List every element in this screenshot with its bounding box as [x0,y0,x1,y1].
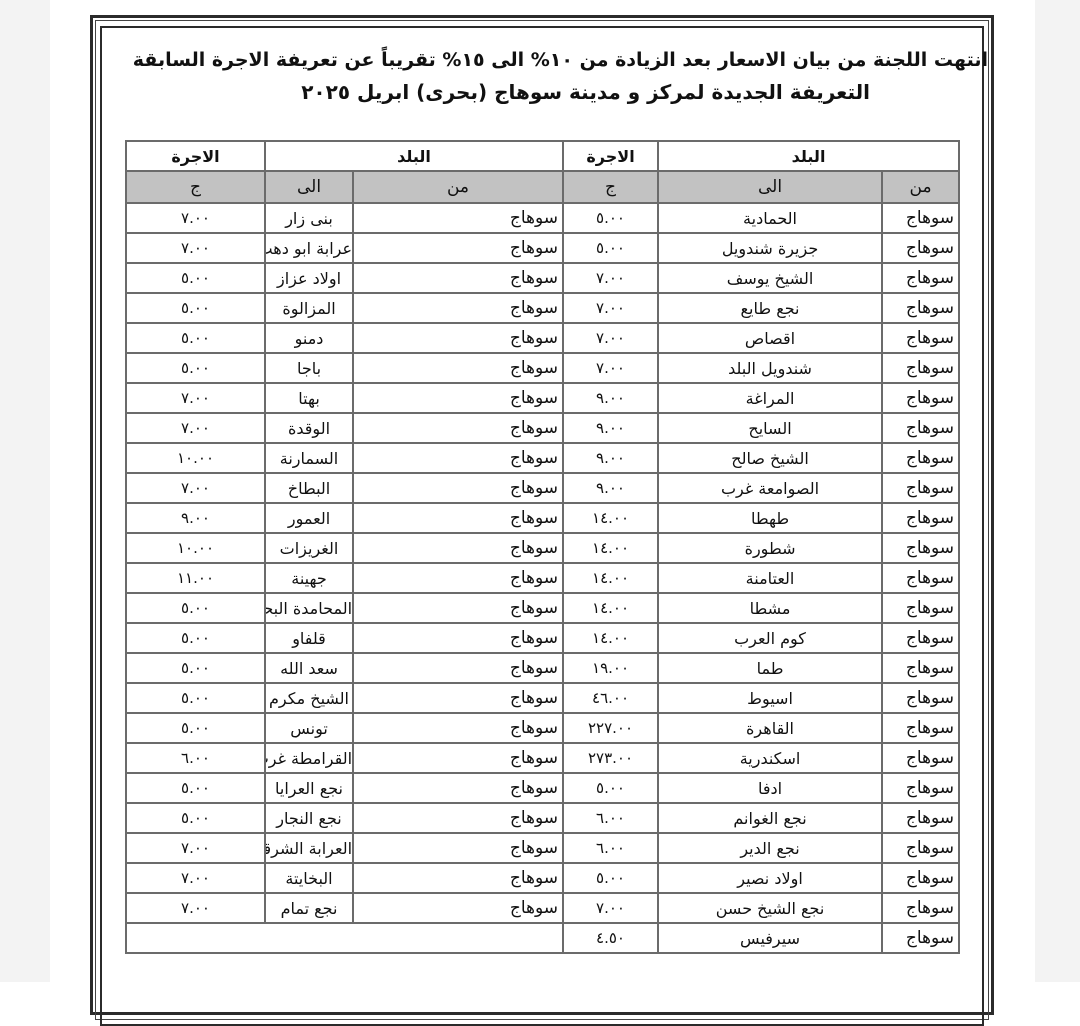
right-from-cell: سوهاج [882,503,959,533]
left-from-cell: سوهاج [353,503,563,533]
left-destination-cell: المحامدة البحرية [265,593,353,623]
right-from-cell: سوهاج [882,293,959,323]
right-destination-cell: نجع الدير [658,833,882,863]
right-from-cell: سوهاج [882,713,959,743]
right-fare-cell: ٩.٠٠ [563,413,658,443]
right-destination-cell: الشيخ يوسف [658,263,882,293]
right-fare-cell: ٤.٥٠ [563,923,658,953]
header-announcement: انتهت اللجنة من بيان الاسعار بعد الزيادة… [133,45,988,75]
right-fare-cell: ٥.٠٠ [563,773,658,803]
right-fare-cell: ٩.٠٠ [563,443,658,473]
left-fare-cell: ٥.٠٠ [126,773,265,803]
left-from-cell: سوهاج [353,353,563,383]
right-destination-cell: نجع طايع [658,293,882,323]
right-from-cell: سوهاج [882,443,959,473]
left-destination-cell: قلفاو [265,623,353,653]
left-fare-cell: ١٠.٠٠ [126,443,265,473]
left-margin [0,0,50,982]
right-fare-cell: ٧.٠٠ [563,293,658,323]
right-from-cell: سوهاج [882,683,959,713]
left-destination-cell: بنى زار [265,203,353,233]
right-from-cell: سوهاج [882,653,959,683]
left-from-cell: سوهاج [353,413,563,443]
right-from-cell: سوهاج [882,353,959,383]
right-fare-cell: ١٤.٠٠ [563,503,658,533]
left-from-cell: سوهاج [353,323,563,353]
table-row: سوهاجالشيخ يوسف٧.٠٠سوهاجاولاد عزاز٥.٠٠ [126,263,959,293]
left-from-cell: سوهاج [353,863,563,893]
left-destination-cell: السمارنة [265,443,353,473]
left-from-cell: سوهاج [353,263,563,293]
table-row: سوهاجنجع الغوانم٦.٠٠سوهاجنجع النجار٥.٠٠ [126,803,959,833]
right-from-cell: سوهاج [882,383,959,413]
table-row: سوهاجالصوامعة غرب٩.٠٠سوهاجالبطاخ٧.٠٠ [126,473,959,503]
right-destination-cell: اسكندرية [658,743,882,773]
left-from-cell: سوهاج [353,593,563,623]
right-from-cell: سوهاج [882,833,959,863]
left-destination-cell: بهتا [265,383,353,413]
right-destination-cell: الصوامعة غرب [658,473,882,503]
right-from-cell: سوهاج [882,263,959,293]
right-from-cell: سوهاج [882,473,959,503]
table-row: سوهاجالقاهرة٢٢٧.٠٠سوهاجتونس٥.٠٠ [126,713,959,743]
table-row: سوهاجالحمادية٥.٠٠سوهاجبنى زار٧.٠٠ [126,203,959,233]
table-row: سوهاجاسيوط٤٦.٠٠سوهاجالشيخ مكرم٥.٠٠ [126,683,959,713]
left-fare-cell: ٧.٠٠ [126,863,265,893]
right-from-cell: سوهاج [882,323,959,353]
left-fare-cell: ٥.٠٠ [126,653,265,683]
right-destination-cell: المراغة [658,383,882,413]
header-right-from: من [882,171,959,203]
left-from-cell: سوهاج [353,743,563,773]
left-fare-cell: ٧.٠٠ [126,383,265,413]
left-from-cell: سوهاج [353,203,563,233]
right-from-cell: سوهاج [882,773,959,803]
right-fare-cell: ٩.٠٠ [563,383,658,413]
left-from-cell: سوهاج [353,623,563,653]
table-row: سوهاجالشيخ صالح٩.٠٠سوهاجالسمارنة١٠.٠٠ [126,443,959,473]
right-from-cell: سوهاج [882,923,959,953]
left-empty-cell [126,923,563,953]
right-from-cell: سوهاج [882,893,959,923]
left-destination-cell: دمنو [265,323,353,353]
table-row: سوهاجالمراغة٩.٠٠سوهاجبهتا٧.٠٠ [126,383,959,413]
left-from-cell: سوهاج [353,293,563,323]
left-from-cell: سوهاج [353,833,563,863]
left-destination-cell: باجا [265,353,353,383]
right-fare-cell: ٩.٠٠ [563,473,658,503]
right-from-cell: سوهاج [882,413,959,443]
left-destination-cell: اولاد عزاز [265,263,353,293]
right-fare-cell: ٦.٠٠ [563,803,658,833]
right-destination-cell: طما [658,653,882,683]
right-fare-cell: ١٩.٠٠ [563,653,658,683]
table-row: سوهاججزيرة شندويل٥.٠٠سوهاجعرابة ابو دهب٧… [126,233,959,263]
right-destination-cell: العتامنة [658,563,882,593]
header-left-place: البلد [265,141,563,171]
right-destination-cell: سيرفيس [658,923,882,953]
table-row: سوهاجكوم العرب١٤.٠٠سوهاجقلفاو٥.٠٠ [126,623,959,653]
right-fare-cell: ١٤.٠٠ [563,593,658,623]
right-destination-cell: الشيخ صالح [658,443,882,473]
right-fare-cell: ٧.٠٠ [563,353,658,383]
left-fare-cell: ٥.٠٠ [126,593,265,623]
table-row: سوهاجشندويل البلد٧.٠٠سوهاجباجا٥.٠٠ [126,353,959,383]
left-destination-cell: العمور [265,503,353,533]
left-from-cell: سوهاج [353,713,563,743]
right-fare-cell: ١٤.٠٠ [563,533,658,563]
right-fare-cell: ٧.٠٠ [563,893,658,923]
right-from-cell: سوهاج [882,743,959,773]
left-destination-cell: نجع النجار [265,803,353,833]
table-row: سوهاجالعتامنة١٤.٠٠سوهاججهينة١١.٠٠ [126,563,959,593]
right-destination-cell: جزيرة شندويل [658,233,882,263]
left-destination-cell: الغريزات [265,533,353,563]
right-margin [1035,0,1080,982]
right-fare-cell: ٧.٠٠ [563,323,658,353]
left-fare-cell: ٥.٠٠ [126,323,265,353]
left-fare-cell: ٥.٠٠ [126,683,265,713]
right-destination-cell: شطورة [658,533,882,563]
table-row: سوهاجنجع طايع٧.٠٠سوهاجالمزالوة٥.٠٠ [126,293,959,323]
table-row: سوهاجاسكندرية٢٧٣.٠٠سوهاجالقرامطة غرب٦.٠٠ [126,743,959,773]
right-destination-cell: القاهرة [658,713,882,743]
right-fare-cell: ٥.٠٠ [563,863,658,893]
left-from-cell: سوهاج [353,773,563,803]
left-destination-cell: العرابة الشرقية [265,833,353,863]
right-destination-cell: مشطا [658,593,882,623]
table-row: سوهاجمشطا١٤.٠٠سوهاجالمحامدة البحرية٥.٠٠ [126,593,959,623]
right-from-cell: سوهاج [882,863,959,893]
right-from-cell: سوهاج [882,203,959,233]
left-from-cell: سوهاج [353,803,563,833]
left-fare-cell: ٧.٠٠ [126,233,265,263]
left-from-cell: سوهاج [353,473,563,503]
right-destination-cell: كوم العرب [658,623,882,653]
header-right-currency: ج [563,171,658,203]
left-fare-cell: ٧.٠٠ [126,893,265,923]
left-fare-cell: ٩.٠٠ [126,503,265,533]
header-left-from: من [353,171,563,203]
right-destination-cell: ادفا [658,773,882,803]
table-row: سوهاجشطورة١٤.٠٠سوهاجالغريزات١٠.٠٠ [126,533,959,563]
right-from-cell: سوهاج [882,803,959,833]
left-from-cell: سوهاج [353,233,563,263]
right-destination-cell: الحمادية [658,203,882,233]
left-fare-cell: ١٠.٠٠ [126,533,265,563]
table-row: سوهاجطما١٩.٠٠سوهاجسعد الله٥.٠٠ [126,653,959,683]
left-destination-cell: المزالوة [265,293,353,323]
table-sub-header-row: من الى ج من الى ج [126,171,959,203]
header-left-to: الى [265,171,353,203]
left-destination-cell: الوقدة [265,413,353,443]
right-destination-cell: نجع الشيخ حسن [658,893,882,923]
right-from-cell: سوهاج [882,233,959,263]
table-row: سوهاجادفا٥.٠٠سوهاجنجع العرايا٥.٠٠ [126,773,959,803]
right-destination-cell: اقصاص [658,323,882,353]
right-from-cell: سوهاج [882,593,959,623]
left-fare-cell: ٥.٠٠ [126,803,265,833]
header-right-fare: الاجرة [563,141,658,171]
left-fare-cell: ٥.٠٠ [126,623,265,653]
table-row: سوهاجالسايح٩.٠٠سوهاجالوقدة٧.٠٠ [126,413,959,443]
left-from-cell: سوهاج [353,563,563,593]
left-destination-cell: الشيخ مكرم [265,683,353,713]
right-from-cell: سوهاج [882,623,959,653]
left-destination-cell: القرامطة غرب [265,743,353,773]
table-row: سوهاجاولاد نصير٥.٠٠سوهاجالبخايتة٧.٠٠ [126,863,959,893]
left-fare-cell: ٧.٠٠ [126,833,265,863]
left-fare-cell: ٧.٠٠ [126,203,265,233]
left-from-cell: سوهاج [353,653,563,683]
right-fare-cell: ٦.٠٠ [563,833,658,863]
table-body: سوهاجالحمادية٥.٠٠سوهاجبنى زار٧.٠٠سوهاججز… [126,203,959,953]
header-left-currency: ج [126,171,265,203]
right-fare-cell: ٢٢٧.٠٠ [563,713,658,743]
fare-table: البلد الاجرة البلد الاجرة من الى ج من ال… [125,140,960,954]
left-destination-cell: تونس [265,713,353,743]
left-fare-cell: ١١.٠٠ [126,563,265,593]
header-right-to: الى [658,171,882,203]
right-from-cell: سوهاج [882,533,959,563]
left-fare-cell: ٥.٠٠ [126,353,265,383]
table-row: سوهاجطهطا١٤.٠٠سوهاجالعمور٩.٠٠ [126,503,959,533]
right-from-cell: سوهاج [882,563,959,593]
left-from-cell: سوهاج [353,443,563,473]
right-fare-cell: ١٤.٠٠ [563,623,658,653]
right-destination-cell: اولاد نصير [658,863,882,893]
right-destination-cell: طهطا [658,503,882,533]
left-from-cell: سوهاج [353,533,563,563]
left-destination-cell: جهينة [265,563,353,593]
right-destination-cell: نجع الغوانم [658,803,882,833]
right-fare-cell: ٧.٠٠ [563,263,658,293]
left-fare-cell: ٦.٠٠ [126,743,265,773]
header-left-fare: الاجرة [126,141,265,171]
right-fare-cell: ٥.٠٠ [563,233,658,263]
left-destination-cell: البطاخ [265,473,353,503]
left-destination-cell: عرابة ابو دهب [265,233,353,263]
header-title: التعريفة الجديدة لمركز و مدينة سوهاج (بح… [301,77,870,107]
left-fare-cell: ٥.٠٠ [126,713,265,743]
header-right-place: البلد [658,141,959,171]
left-destination-cell: سعد الله [265,653,353,683]
left-fare-cell: ٥.٠٠ [126,293,265,323]
table-group-header-row: البلد الاجرة البلد الاجرة [126,141,959,171]
left-destination-cell: البخايتة [265,863,353,893]
table-row: سوهاجنجع الشيخ حسن٧.٠٠سوهاجنجع تمام٧.٠٠ [126,893,959,923]
left-destination-cell: نجع العرايا [265,773,353,803]
left-from-cell: سوهاج [353,383,563,413]
right-fare-cell: ٤٦.٠٠ [563,683,658,713]
right-fare-cell: ١٤.٠٠ [563,563,658,593]
left-destination-cell: نجع تمام [265,893,353,923]
right-fare-cell: ٢٧٣.٠٠ [563,743,658,773]
left-from-cell: سوهاج [353,683,563,713]
right-destination-cell: السايح [658,413,882,443]
right-destination-cell: شندويل البلد [658,353,882,383]
right-destination-cell: اسيوط [658,683,882,713]
table-row: سوهاجنجع الدير٦.٠٠سوهاجالعرابة الشرقية٧.… [126,833,959,863]
left-fare-cell: ٧.٠٠ [126,413,265,443]
table-row: سوهاجسيرفيس٤.٥٠ [126,923,959,953]
left-fare-cell: ٥.٠٠ [126,263,265,293]
right-fare-cell: ٥.٠٠ [563,203,658,233]
left-fare-cell: ٧.٠٠ [126,473,265,503]
table-row: سوهاجاقصاص٧.٠٠سوهاجدمنو٥.٠٠ [126,323,959,353]
left-from-cell: سوهاج [353,893,563,923]
